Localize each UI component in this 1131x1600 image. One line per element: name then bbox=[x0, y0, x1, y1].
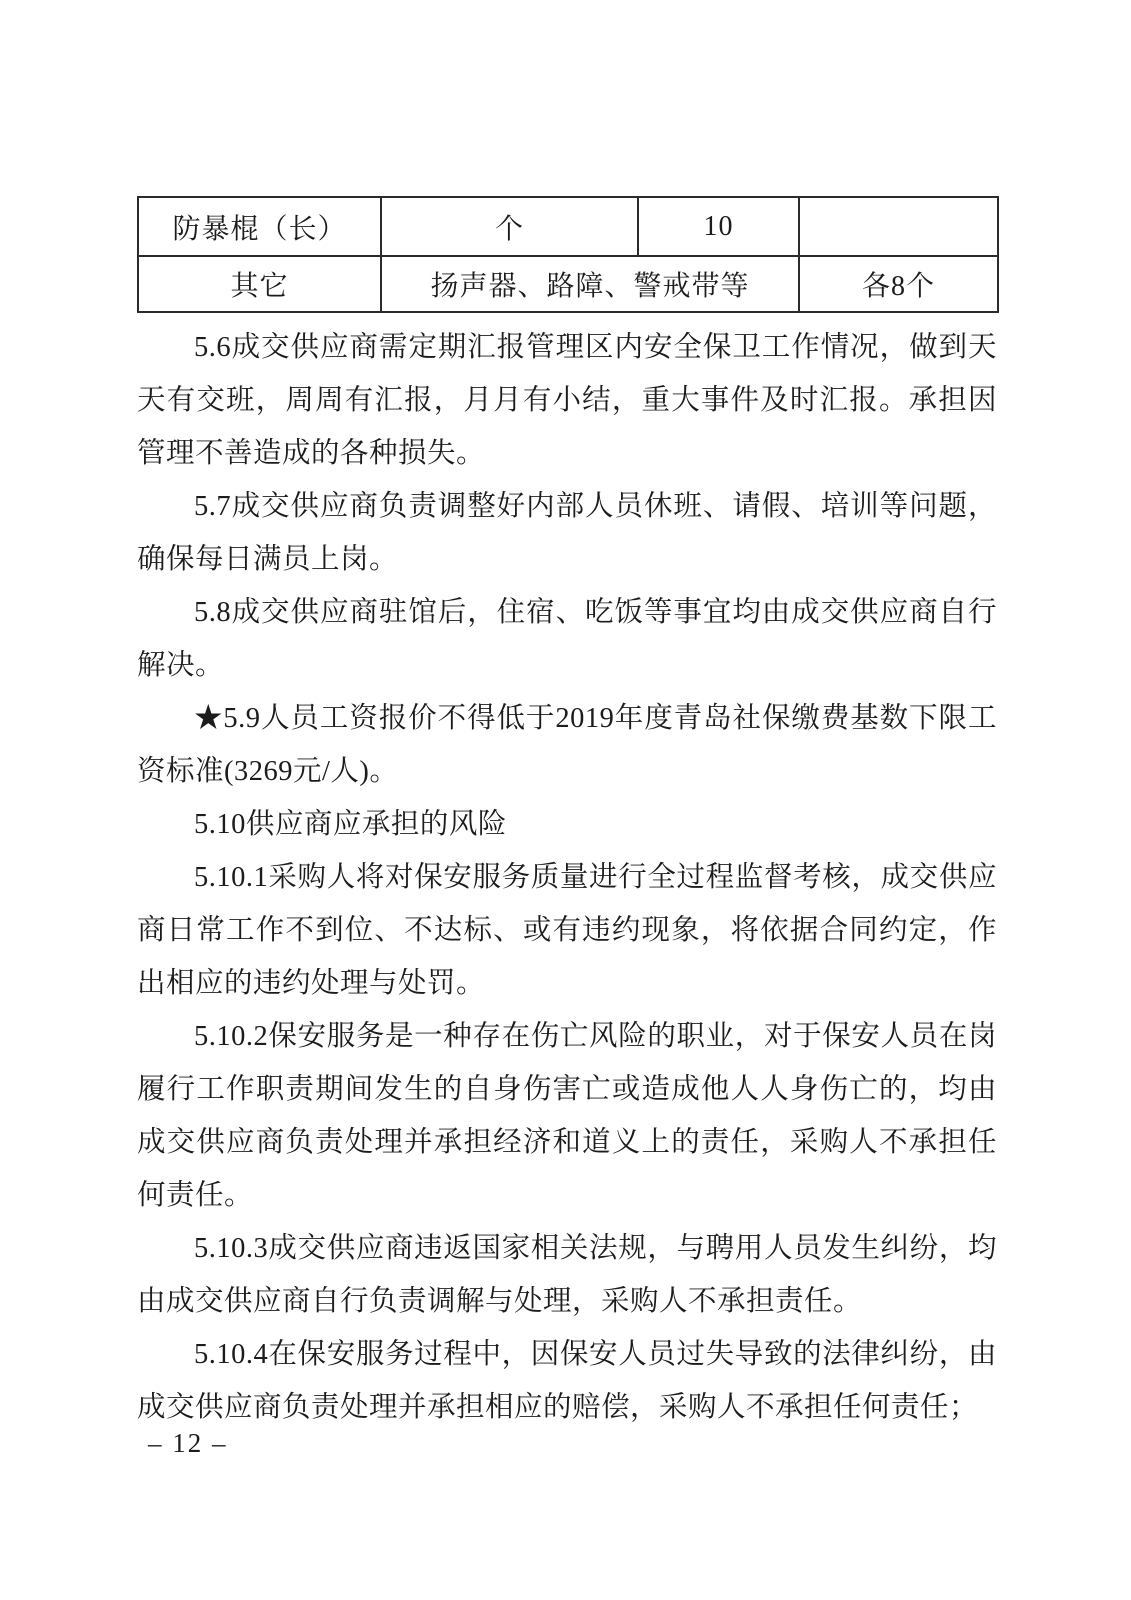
body-paragraphs: 5.6成交供应商需定期汇报管理区内安全保卫工作情况，做到天天有交班，周周有汇报，… bbox=[137, 321, 997, 1434]
paragraph-5-10-4: 5.10.4在保安服务过程中，因保安人员过失导致的法律纠纷，由成交供应商负责处理… bbox=[137, 1328, 997, 1434]
equipment-table: 防暴棍（长） 个 10 其它 扬声器、路障、警戒带等 各8个 bbox=[137, 196, 999, 313]
paragraph-5-9-starred: ★5.9人员工资报价不得低于2019年度青岛社保缴费基数下限工资标准(3269元… bbox=[137, 692, 997, 798]
table-row: 其它 扬声器、路障、警戒带等 各8个 bbox=[138, 256, 998, 312]
document-content: 防暴棍（长） 个 10 其它 扬声器、路障、警戒带等 各8个 5.6成交供应商需… bbox=[137, 196, 997, 1434]
paragraph-5-10-3: 5.10.3成交供应商违返国家相关法规，与聘用人员发生纠纷，均由成交供应商自行负… bbox=[137, 1222, 997, 1328]
document-page: 防暴棍（长） 个 10 其它 扬声器、路障、警戒带等 各8个 5.6成交供应商需… bbox=[0, 0, 1131, 1600]
table-cell-unit: 个 bbox=[381, 197, 638, 256]
paragraph-5-10-1: 5.10.1采购人将对保安服务质量进行全过程监督考核，成交供应商日常工作不到位、… bbox=[137, 851, 997, 1010]
page-number: – 12 – bbox=[148, 1428, 228, 1459]
paragraph-5-7: 5.7成交供应商负责调整好内部人员休班、请假、培训等问题，确保每日满员上岗。 bbox=[137, 480, 997, 586]
paragraph-5-10-heading: 5.10供应商应承担的风险 bbox=[137, 798, 997, 851]
table-cell-quantity: 10 bbox=[638, 197, 799, 256]
table-cell-note bbox=[799, 197, 998, 256]
table-cell-description: 扬声器、路障、警戒带等 bbox=[381, 256, 799, 312]
table-cell-item: 其它 bbox=[138, 256, 381, 312]
table-cell-quantity: 各8个 bbox=[799, 256, 998, 312]
paragraph-5-6: 5.6成交供应商需定期汇报管理区内安全保卫工作情况，做到天天有交班，周周有汇报，… bbox=[137, 321, 997, 480]
paragraph-5-10-2: 5.10.2保安服务是一种存在伤亡风险的职业，对于保安人员在岗履行工作职责期间发… bbox=[137, 1010, 997, 1222]
table-cell-item: 防暴棍（长） bbox=[138, 197, 381, 256]
paragraph-5-8: 5.8成交供应商驻馆后，住宿、吃饭等事宜均由成交供应商自行解决。 bbox=[137, 586, 997, 692]
table-row: 防暴棍（长） 个 10 bbox=[138, 197, 998, 256]
